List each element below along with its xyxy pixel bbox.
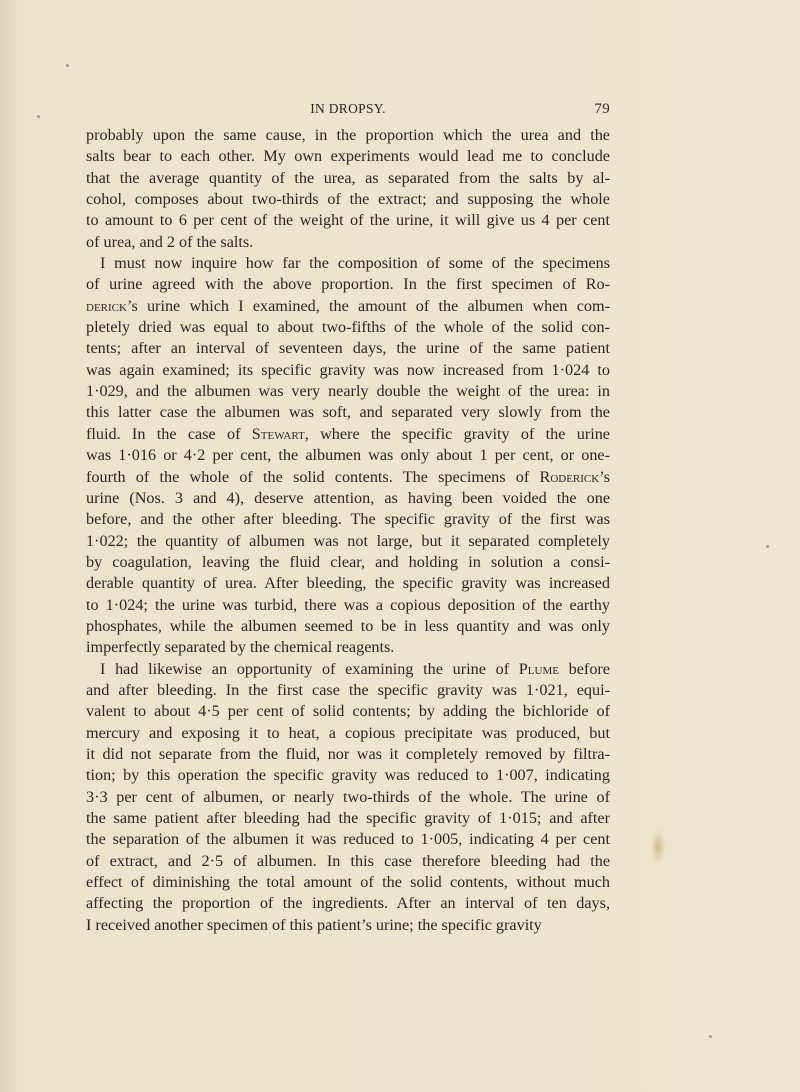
paper-speck (709, 1035, 712, 1038)
paper-speck (37, 115, 40, 118)
text-line: effect of diminishing the total amount o… (86, 872, 610, 893)
text-line: tents; after an interval of seventeen da… (86, 338, 610, 359)
text-line: by coagulation, leaving the fluid clear,… (86, 552, 610, 573)
text-line: derable quantity of urea. After bleeding… (86, 573, 610, 594)
text-line: of extract, and 2·5 of albumen. In this … (86, 851, 610, 872)
paper-stain (651, 830, 665, 864)
text-line: 1·029, and the albumen was very nearly d… (86, 381, 610, 402)
running-head: IN DROPSY. 79 (86, 101, 610, 121)
text-line: was again examined; its specific gravity… (86, 360, 610, 381)
paper-speck (766, 545, 769, 548)
running-head-title: IN DROPSY. (86, 101, 610, 117)
text-line: I had likewise an opportunity of examini… (86, 659, 610, 680)
text-line: of urea, and 2 of the salts. (86, 232, 610, 253)
text-line: to 1·024; the urine was turbid, there wa… (86, 595, 610, 616)
body-text: probably upon the same cause, in the pro… (86, 125, 610, 936)
text-line: and after bleeding. In the first case th… (86, 680, 610, 701)
text-line: urine (Nos. 3 and 4), deserve attention,… (86, 488, 610, 509)
text-line: of urine agreed with the above proportio… (86, 274, 610, 295)
text-line: salts bear to each other. My own experim… (86, 146, 610, 167)
text-line: tion; by this operation the specific gra… (86, 765, 610, 786)
text-line: before, and the other after bleeding. Th… (86, 509, 610, 530)
text-line: pletely dried was equal to about two-fif… (86, 317, 610, 338)
text-line: to amount to 6 per cent of the weight of… (86, 210, 610, 231)
text-line: derick’s urine which I examined, the amo… (86, 296, 610, 317)
text-line: mercury and exposing it to heat, a copio… (86, 723, 610, 744)
text-line: was 1·016 or 4·2 per cent, the albumen w… (86, 445, 610, 466)
text-line: valent to about 4·5 per cent of solid co… (86, 701, 610, 722)
text-line: 1·022; the quantity of albumen was not l… (86, 531, 610, 552)
text-line: I must now inquire how far the compositi… (86, 253, 610, 274)
page-number: 79 (594, 101, 610, 118)
text-line: that the average quantity of the urea, a… (86, 168, 610, 189)
text-line: 3·3 per cent of albumen, or nearly two-t… (86, 787, 610, 808)
text-line: it did not separate from the fluid, nor … (86, 744, 610, 765)
paper-speck (66, 64, 69, 67)
text-line: probably upon the same cause, in the pro… (86, 125, 610, 146)
text-line: I received another specimen of this pati… (86, 915, 610, 936)
text-line: cohol, composes about two-thirds of the … (86, 189, 610, 210)
text-line: affecting the proportion of the ingredie… (86, 893, 610, 914)
text-line: the same patient after bleeding had the … (86, 808, 610, 829)
text-line: phosphates, while the albumen seemed to … (86, 616, 610, 637)
text-line: fourth of the whole of the solid content… (86, 467, 610, 488)
text-line: this latter case the albumen was soft, a… (86, 402, 610, 423)
text-line: fluid. In the case of Stewart, where the… (86, 424, 610, 445)
text-line: the separation of the albumen it was red… (86, 829, 610, 850)
text-line: imperfectly separated by the chemical re… (86, 637, 610, 658)
